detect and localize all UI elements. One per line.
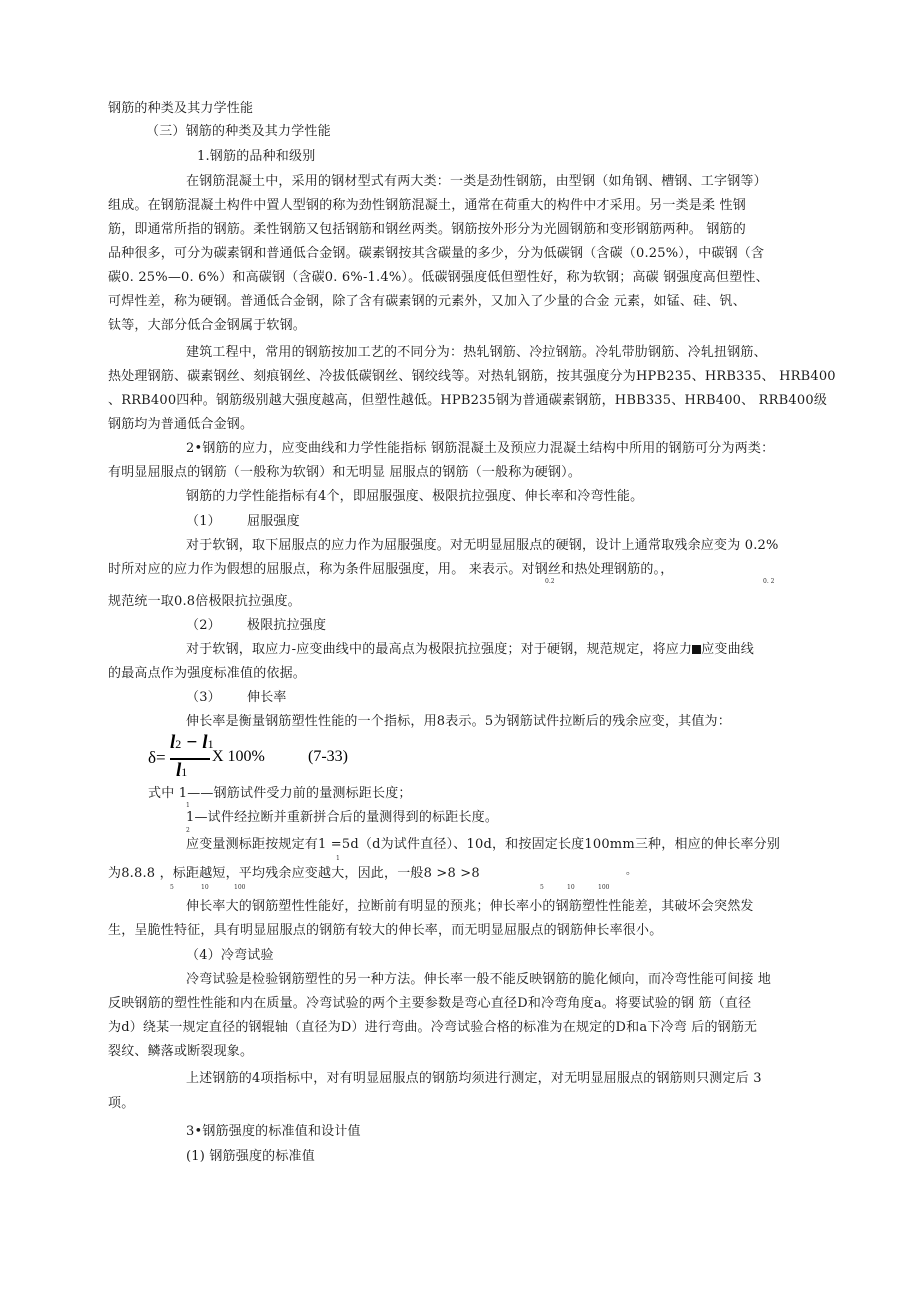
definition-l1: 式中 1——钢筋试件受力前的量测标距长度； <box>148 786 412 802</box>
sub-heading-3: 3•钢筋强度的标准值和设计值 <box>186 1124 361 1140</box>
item-3-1-title: (1) 钢筋强度的标准值 <box>186 1149 315 1165</box>
document-title: 钢筋的种类及其力学性能 <box>108 101 253 117</box>
subscript: 0. 2 <box>763 578 774 585</box>
item-3-number: （3） <box>186 690 221 706</box>
equation-number: (7-33) <box>308 748 348 766</box>
paragraph-elongation: 伸长率是衡量钢筋塑性性能的一个指标，用8表示。5为钢筋试件拉断后的残余应变，其值… <box>186 714 731 730</box>
subscript: 0.2 <box>545 578 555 585</box>
item-1-title: 屈服强度 <box>247 514 300 530</box>
formula-multiplier: X 100% <box>212 748 265 766</box>
item-3-title: 伸长率 <box>247 690 287 706</box>
item-1-number: （1） <box>186 514 221 530</box>
item-2-number: （2） <box>186 618 221 634</box>
sub-heading-1: 1.钢筋的品种和级别 <box>197 149 315 165</box>
formula-denominator: l1 <box>176 760 187 782</box>
elongation-formula: δ= l2 − l1 l1 X 100% (7-33) <box>148 730 408 786</box>
item-4-title: （4）冷弯试验 <box>186 948 274 964</box>
subscript: 1 <box>186 802 190 809</box>
subscript: 1 <box>336 855 340 862</box>
formula-numerator: l2 − l1 <box>170 732 214 754</box>
formula-lhs: δ= <box>148 748 166 768</box>
section-heading: （三）钢筋的种类及其力学性能 <box>146 124 331 140</box>
item-2-title: 极限抗拉强度 <box>247 618 326 634</box>
definition-l2: 1—试件经拉断并重新拼合后的量测得到的标距长度。 <box>186 810 498 826</box>
paragraph-indicators: 钢筋的力学性能指标有4个，即屈服强度、极限抗拉强度、伸长率和冷弯性能。 <box>186 489 643 505</box>
document-page: 钢筋的种类及其力学性能 （三）钢筋的种类及其力学性能 1.钢筋的品种和级别 在钢… <box>0 0 920 1302</box>
square-glyph-icon <box>692 645 701 654</box>
subscript: 2 <box>186 827 190 834</box>
